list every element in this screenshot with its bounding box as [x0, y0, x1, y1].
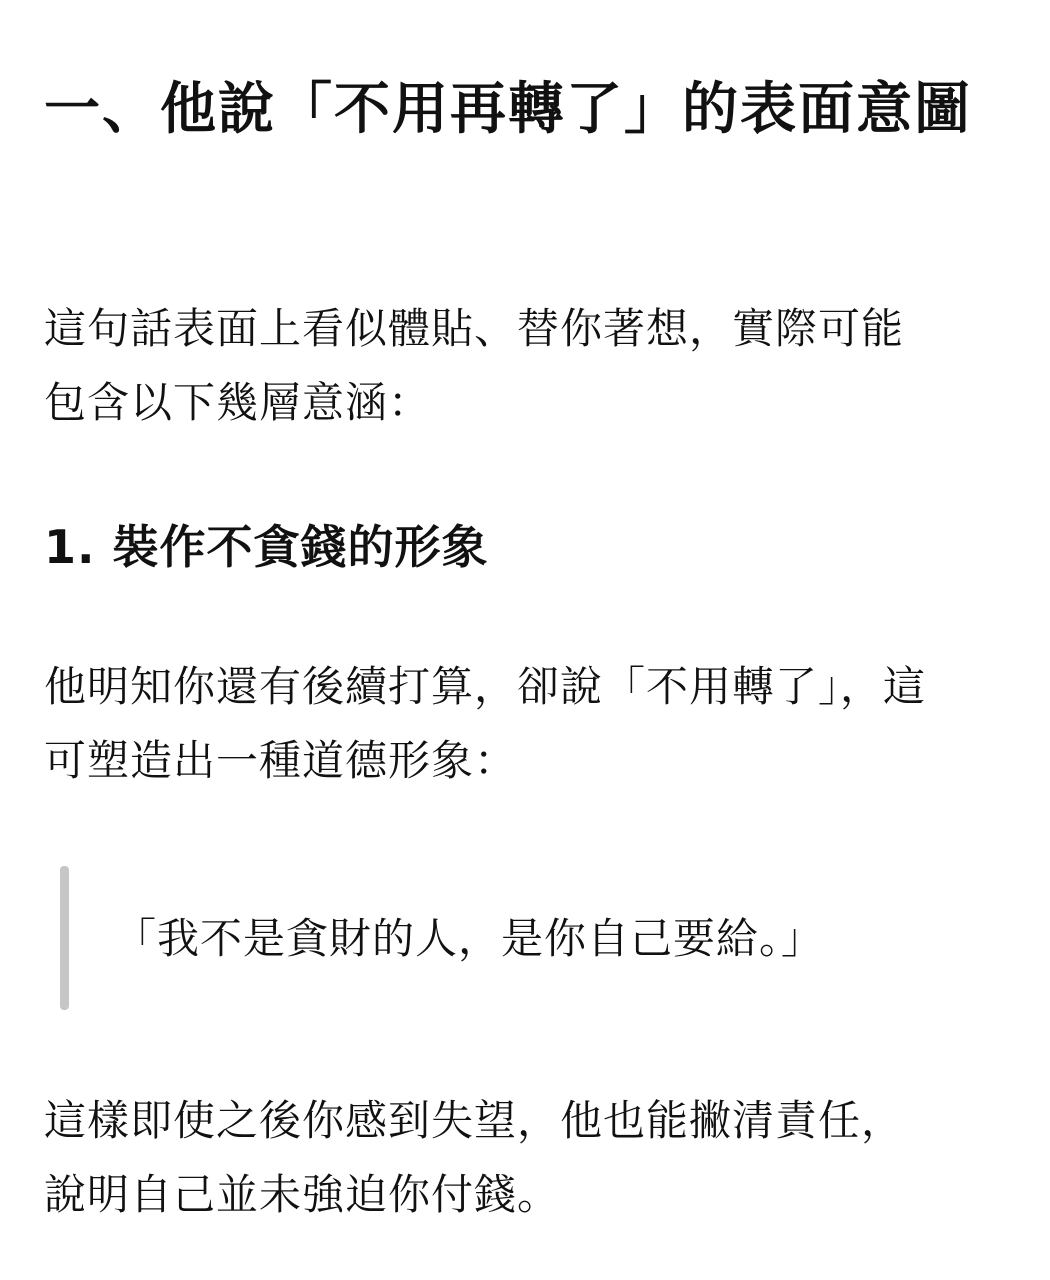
conclusion-paragraph: 這樣即使之後你感到失望，他也能撇清責任，說明自己並未強迫你付錢。	[44, 1084, 944, 1232]
subsection-heading: 1. 裝作不貪錢的形象	[44, 512, 489, 582]
section-heading: 一、他說「不用再轉了」的表面意圖	[44, 72, 974, 148]
blockquote-bar	[60, 866, 69, 1010]
blockquote: 「我不是貪財的人，是你自己要給。」	[60, 866, 940, 1010]
intro-paragraph: 這句話表面上看似體貼、替你著想，實際可能包含以下幾層意涵：	[44, 292, 944, 440]
blockquote-text: 「我不是貪財的人，是你自己要給。」	[114, 904, 824, 974]
subsection-paragraph: 他明知你還有後續打算，卻說「不用轉了」，這可塑造出一種道德形象：	[44, 650, 944, 798]
